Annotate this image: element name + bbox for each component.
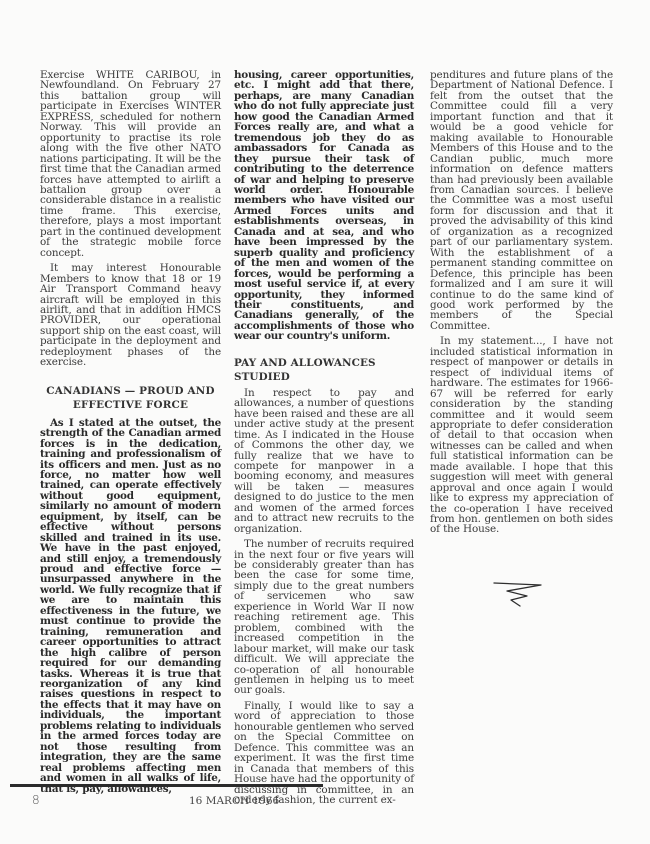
heading-line: CANADIANS — PROUD AND [40,384,221,398]
paragraph-bold: As I stated at the outset, the strength … [40,418,221,794]
footer-rule [10,784,323,787]
paragraph: In my statement..., I have not included … [430,336,613,535]
paragraph: It may interest Honourable Members to kn… [40,263,221,368]
paragraph: The number of recruits required in the n… [234,539,414,696]
paragraph: penditures and future plans of the Depar… [430,70,613,331]
paragraph: In respect to pay and allowances, a numb… [234,388,414,534]
issue-date: 16 MARCH 1966 [189,795,279,807]
section-heading: CANADIANS — PROUD AND EFFECTIVE FORCE [40,384,221,412]
heading-line: EFFECTIVE FORCE [40,398,221,412]
end-mark-squiggle-icon [493,580,543,610]
section-heading: PAY AND ALLOWANCES STUDIED [234,356,414,384]
text-column-1: Exercise WHITE CARIBOU, in Newfoundland.… [40,70,221,799]
page-number: 8 [32,793,40,807]
text-column-2: housing, career opportunities, etc. I mi… [234,70,414,810]
paragraph-bold: housing, career opportunities, etc. I mi… [234,70,414,342]
paragraph: Exercise WHITE CARIBOU, in Newfoundland.… [40,70,221,258]
paragraph: Finally, I would like to say a word of a… [234,701,414,806]
text-column-3: penditures and future plans of the Depar… [430,70,613,540]
